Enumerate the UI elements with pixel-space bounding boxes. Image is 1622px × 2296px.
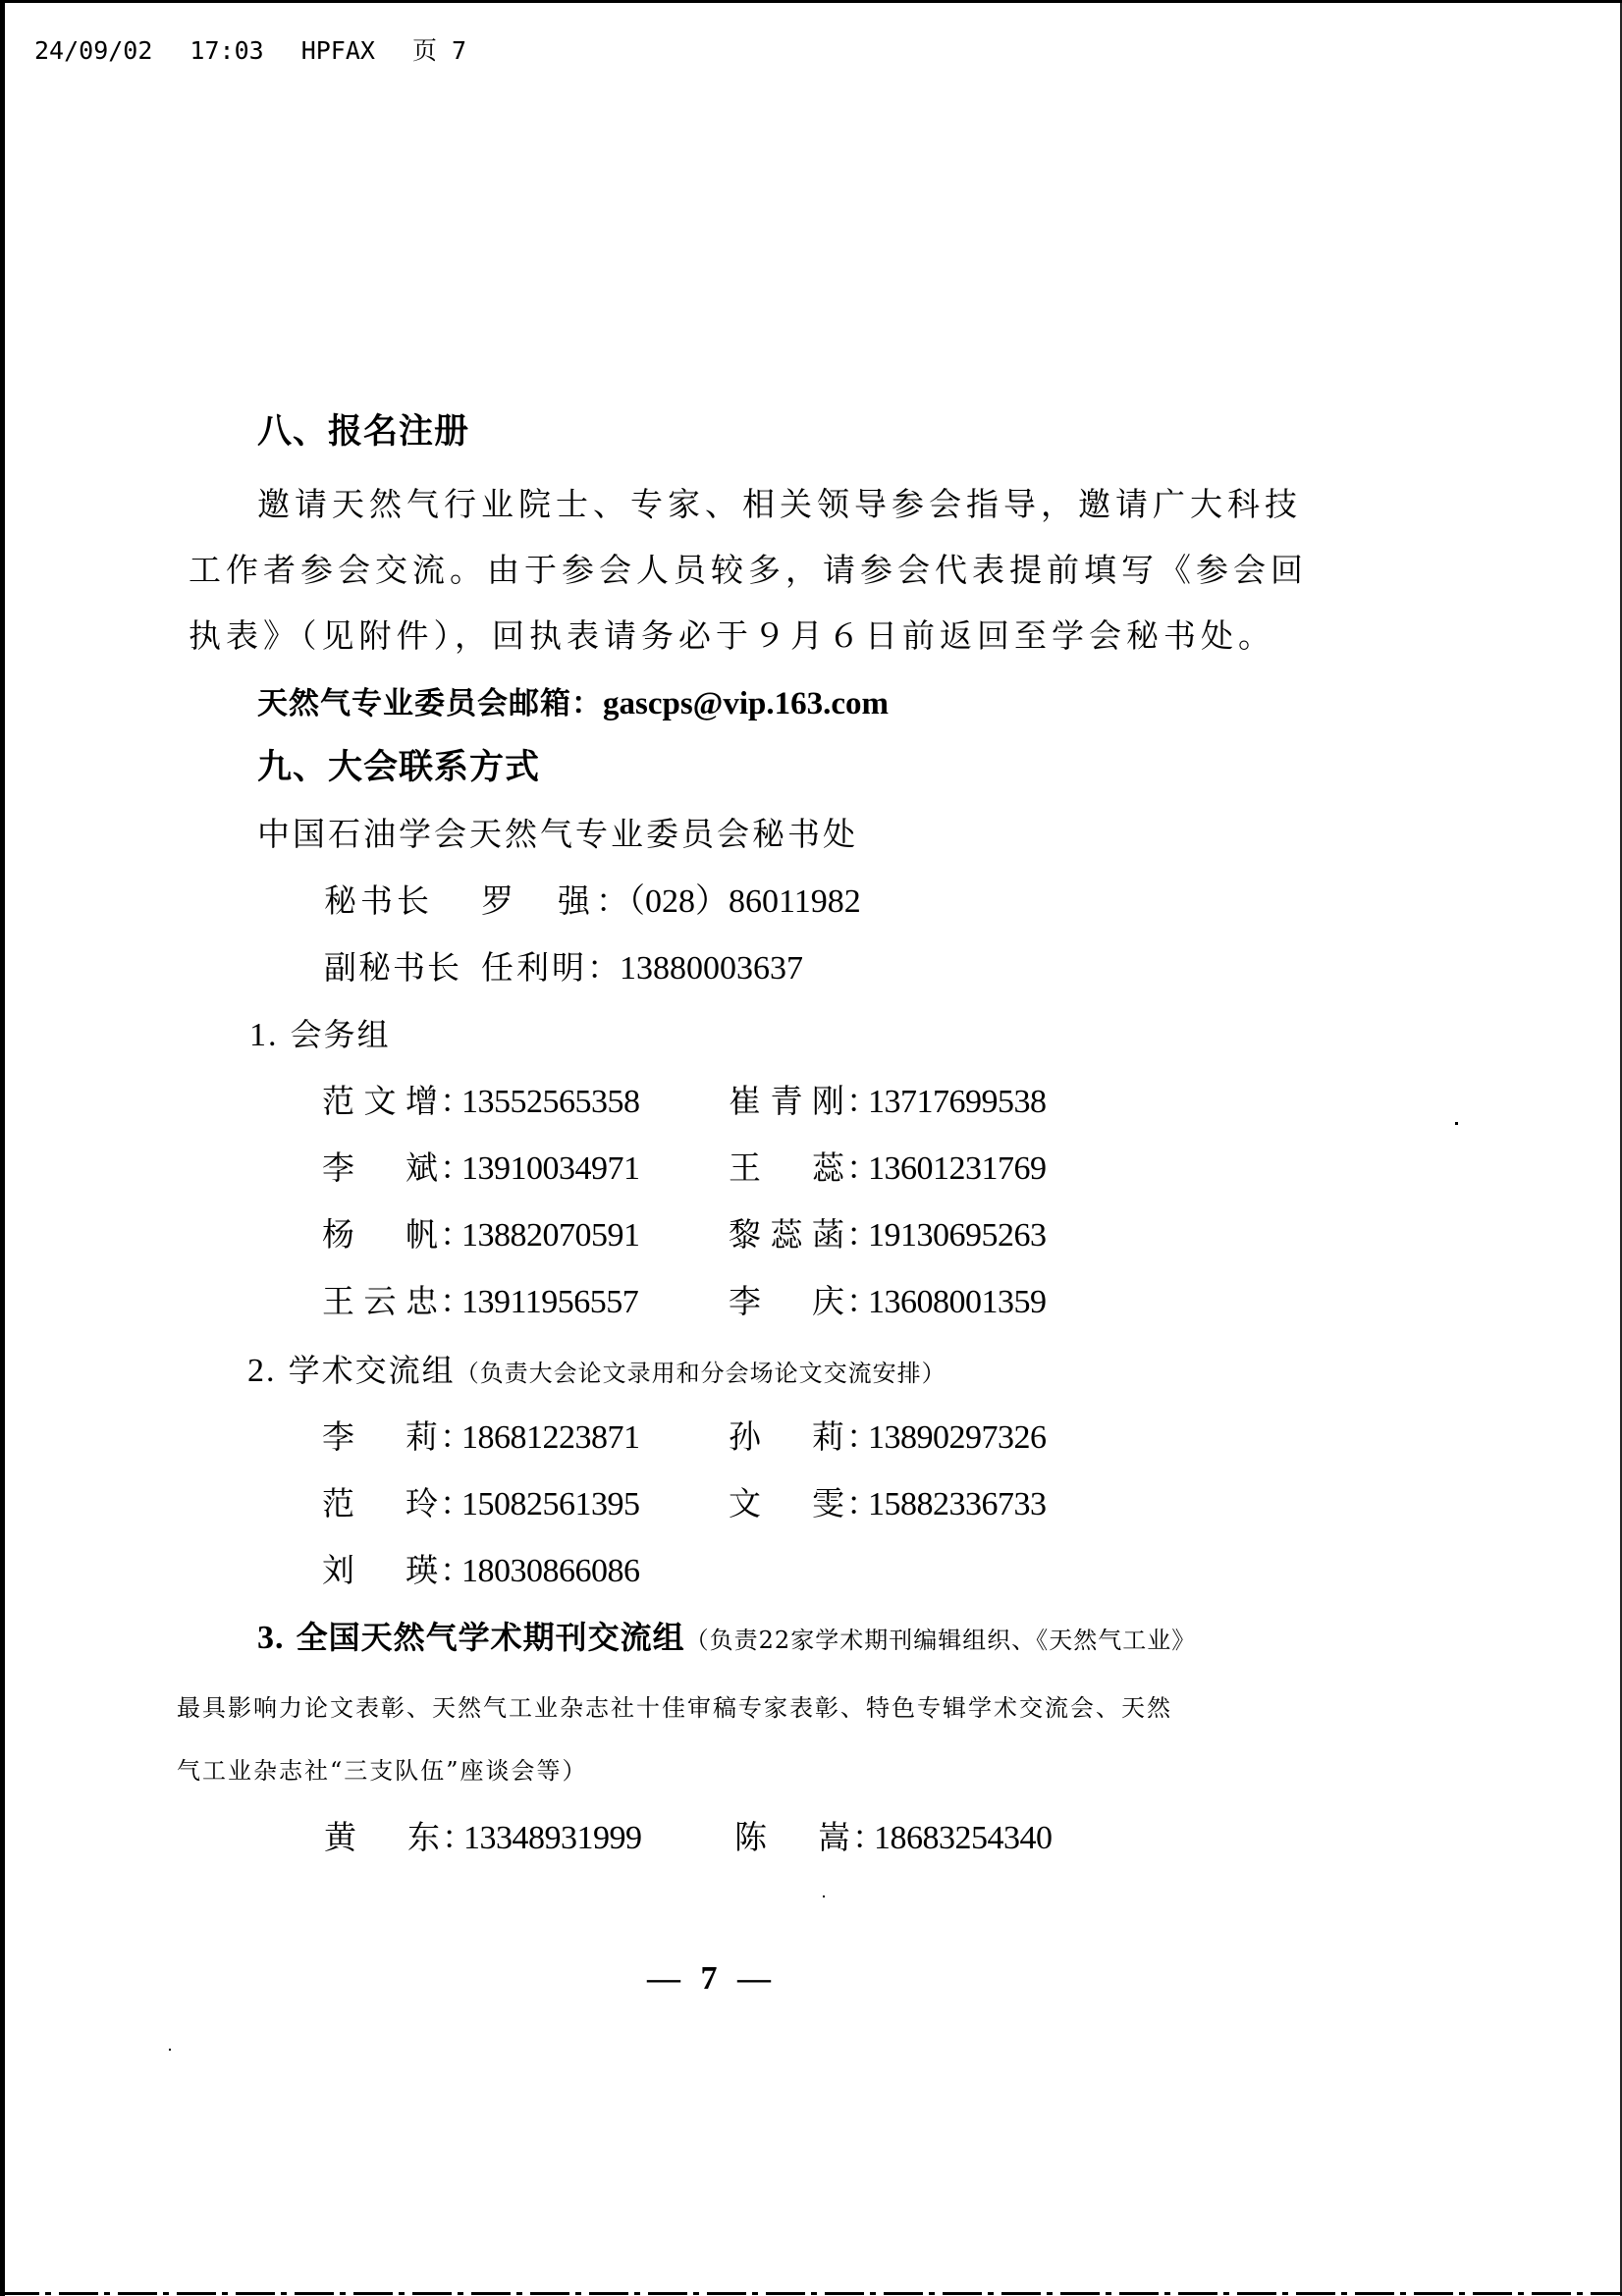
contact-phone: 13601231769 [868,1150,1047,1187]
section8-paragraph-line-2: 工作者参会交流。由于参会人员较多，请参会代表提前填写《参会回 [189,551,1308,590]
deputy-secretary-colon: ： [587,948,620,987]
contact-name: 范文增 [322,1082,440,1121]
contact-phone: 13608001359 [868,1284,1047,1320]
section8-heading: 八、报名注册 [257,412,469,452]
group2-title-line: 2. 学术交流组（负责大会论文录用和分会场论文交流安排） [247,1351,946,1393]
contact-name: 刘 瑛 [322,1551,440,1590]
contact-phone: 13348931999 [463,1820,642,1856]
secretary-general-line: 秘书长罗 强：（028）86011982 [324,881,861,922]
deputy-secretary-name: 任利明 [481,948,587,987]
scan-speck [169,2049,171,2051]
section8-paragraph-line-1: 邀请天然气行业院士、专家、相关领导参会指导，邀请广大科技 [257,485,1302,524]
contact-name: 陈 嵩 [734,1818,852,1857]
group3-note-line-2: 最具影响力论文表彰、天然气工业杂志社十佳审稿专家表彰、特色专辑学术交流会、天然 [177,1688,1172,1728]
fax-page-label: 页 7 [412,36,466,65]
contact-name: 崔青刚 [729,1082,846,1121]
contact-item: 李 庆：13608001359 [729,1282,1047,1322]
deputy-secretary-title: 副秘书长 [324,948,481,988]
contact-item: 杨 帆：13882070591 [322,1215,640,1255]
contact-phone: 13911956557 [461,1284,638,1320]
bottom-border [0,2292,1622,2295]
contact-phone: 13882070591 [461,1217,640,1254]
contact-phone: 19130695263 [868,1217,1047,1254]
email-line: 天然气专业委员会邮箱：gascps@vip.163.com [257,684,889,723]
fax-header: 24/09/0217:03HPFAX页 7 [34,31,504,67]
contact-item: 范文增：13552565358 [322,1082,640,1122]
contact-item: 孙 莉：13890297326 [729,1417,1047,1458]
contact-item: 李 斌：13910034971 [322,1148,640,1189]
group2-title: 学术交流组 [289,1352,456,1389]
secretary-general-name: 罗 强 [481,881,596,921]
email-address[interactable]: gascps@vip.163.com [603,686,889,721]
fax-sender: HPFAX [301,36,375,65]
contact-item: 李 莉：18681223871 [322,1417,640,1458]
contact-phone: 18030866086 [461,1553,640,1589]
contact-phone: 13910034971 [461,1150,640,1187]
contact-name: 孙 莉 [729,1417,846,1457]
contact-name: 李 斌 [322,1148,440,1188]
deputy-secretary-line: 副秘书长任利明：13880003637 [324,948,803,988]
contact-item: 陈 嵩：18683254340 [734,1818,1053,1858]
secretary-general-colon: ： [596,881,628,920]
contact-phone: 18681223871 [461,1419,640,1456]
contact-item: 王云忠：13911956557 [322,1282,638,1322]
group1-title: 会务组 [291,1016,391,1053]
contact-item: 范 玲：15082561395 [322,1484,640,1524]
contact-phone: 15882336733 [868,1486,1047,1522]
group3-note-line-3: 气工业杂志社“三支队伍”座谈会等） [177,1751,588,1790]
group1-title-line: 1. 会务组 [249,1015,391,1055]
group2-note: （负责大会论文录用和分会场论文交流安排） [456,1360,946,1387]
fax-date: 24/09/02 [34,36,152,65]
contact-item: 文 雯：15882336733 [729,1484,1047,1524]
contact-phone: 18683254340 [874,1820,1053,1856]
group3-title: 全国天然气学术期刊交流组 [297,1619,685,1656]
group3-note-line-1: （负责22家学术期刊编辑组织、《天然气工业》 [685,1627,1197,1654]
contact-item: 黄 东：13348931999 [324,1818,642,1858]
group2-number: 2. [247,1353,277,1389]
contact-name: 黎蕊菡 [729,1215,846,1255]
contact-item: 崔青刚：13717699538 [729,1082,1047,1122]
contact-phone: 13552565358 [461,1084,640,1120]
scan-speck [823,1896,825,1897]
contact-name: 杨 帆 [322,1215,440,1255]
contact-phone: 15082561395 [461,1486,640,1522]
fax-time: 17:03 [189,36,263,65]
group3-number: 3. [257,1620,285,1656]
section9-heading: 九、大会联系方式 [257,748,540,787]
contact-phone: 13717699538 [868,1084,1047,1120]
scan-speck [575,1296,577,1298]
contact-name: 范 玲 [322,1484,440,1523]
section8-paragraph-line-3: 执表》（见附件），回执表请务必于９月６日前返回至学会秘书处。 [189,616,1275,656]
contact-name: 李 莉 [322,1417,440,1457]
page-number: — 7 — [0,1960,1424,1998]
group3-title-line: 3. 全国天然气学术期刊交流组（负责22家学术期刊编辑组织、《天然气工业》 [257,1618,1196,1660]
scan-speck [1455,1122,1458,1125]
email-label: 天然气专业委员会邮箱： [257,686,603,721]
contact-name: 李 庆 [729,1282,846,1321]
contact-name: 黄 东 [324,1818,442,1857]
contact-item: 王 蕊：13601231769 [729,1148,1047,1189]
contact-item: 刘 瑛：18030866086 [322,1551,640,1591]
contact-name: 文 雯 [729,1484,846,1523]
secretary-general-title: 秘书长 [324,881,481,921]
group1-number: 1. [249,1017,279,1053]
contact-name: 王云忠 [322,1282,440,1321]
contact-phone: 13890297326 [868,1419,1047,1456]
contact-item: 黎蕊菡：19130695263 [729,1215,1047,1255]
org-name: 中国石油学会天然气专业委员会秘书处 [257,815,858,854]
deputy-secretary-phone: 13880003637 [620,950,803,987]
secretary-general-phone: （028）86011982 [628,883,861,920]
contact-name: 王 蕊 [729,1148,846,1188]
